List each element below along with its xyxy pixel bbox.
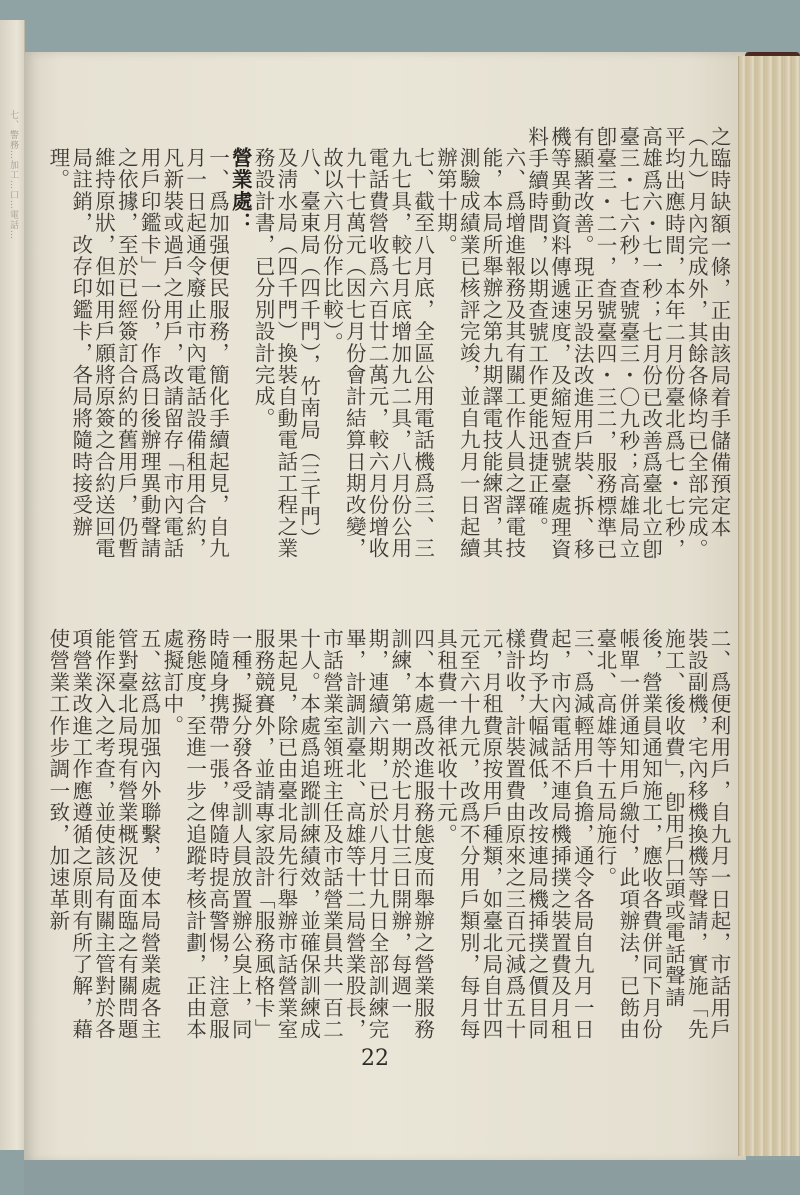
page-number: 22 [350,1046,400,1071]
paragraph-item-8: 八、臺東局（四千門），竹南局（三千門）及淸水局（四千門）換裝自動電話工程之業務設… [251,126,319,566]
paragraph-quota-timing: 之臨時缺額一條，正由該局着手儲備預定本（九）月內完成外，其餘各條均已全部完成。平… [525,126,730,566]
paragraph-business-item-1: 一、爲加强便民服務，簡化手續起見，自九月一日起通令廢止市內電話設備租用合約，凡新… [46,126,228,566]
bottom-text-section: 二、爲便利用戶，自九月一日起，市話用戶裝設副機，宅內移機換機等聲請，實施「先施工… [46,607,730,1047]
paragraph-business-item-2: 二、爲便利用戶，自九月一日起，市話用戶裝設副機，宅內移機換機等聲請，實施「先施工… [593,607,730,1047]
paragraph-item-6: 六、爲增進報務及其有關工作人員之譯電技能，本局所舉辦之第九期譯電技能練習，其測驗… [434,126,525,566]
previous-page-edge: 七、警務…加工…口…電話… [0,20,25,1150]
top-text-section: 之臨時缺額一條，正由該局着手儲備預定本（九）月內完成外，其餘各條均已全部完成。平… [46,126,730,566]
background-backdrop [0,0,800,60]
background-bottom [24,1160,800,1195]
paragraph-business-item-5: 五、玆爲加强內外聯繫，使本局營業處各主管對臺北局現有營業概況及面臨之有關問題能作… [46,607,160,1047]
paragraph-item-7: 七、截至八月底，全區公用電話機爲三、三九七具，較七月底增加九二具，八月份公用電話… [320,126,434,566]
paragraph-business-item-4: 四、本處爲改進服務態度而舉辦之營業服務訓練，第一期於七月廿三日開辦，每週一期，連… [160,607,434,1047]
previous-page-text: 七、警務…加工…口…電話… [4,110,20,1110]
section-heading-business-dept: 營業處： [228,126,251,566]
paragraph-business-item-3: 三、爲減輕用戶負擔，通令各局自九月一日起，市內電話不連局機揷撲之裝置費及月租費均… [434,607,594,1047]
page-edges-stack [738,56,800,1156]
